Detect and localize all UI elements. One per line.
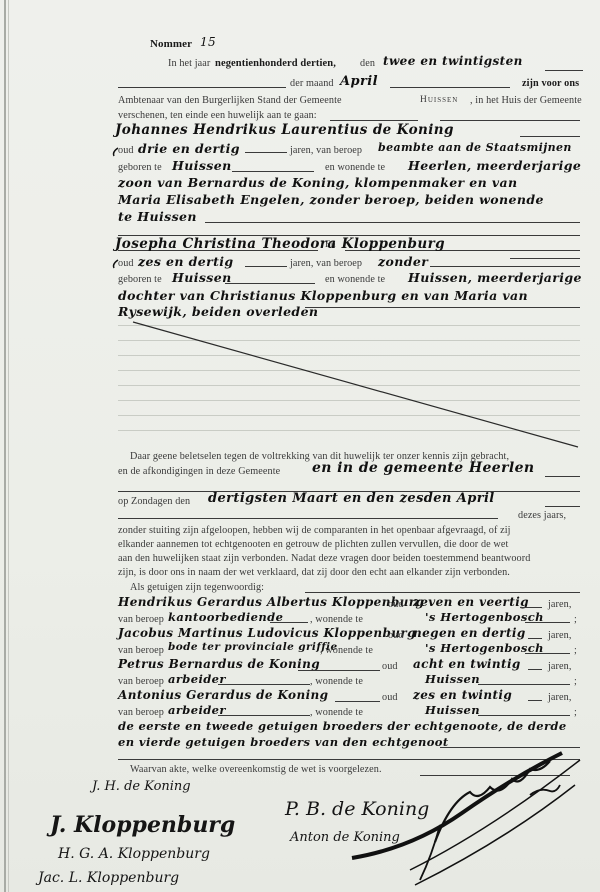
cancellation-line bbox=[133, 322, 578, 447]
pen-strokes bbox=[0, 0, 600, 892]
document-page: Nommer 15 In het jaar negentienhonderd d… bbox=[0, 0, 600, 892]
registrar-signature bbox=[352, 753, 580, 885]
